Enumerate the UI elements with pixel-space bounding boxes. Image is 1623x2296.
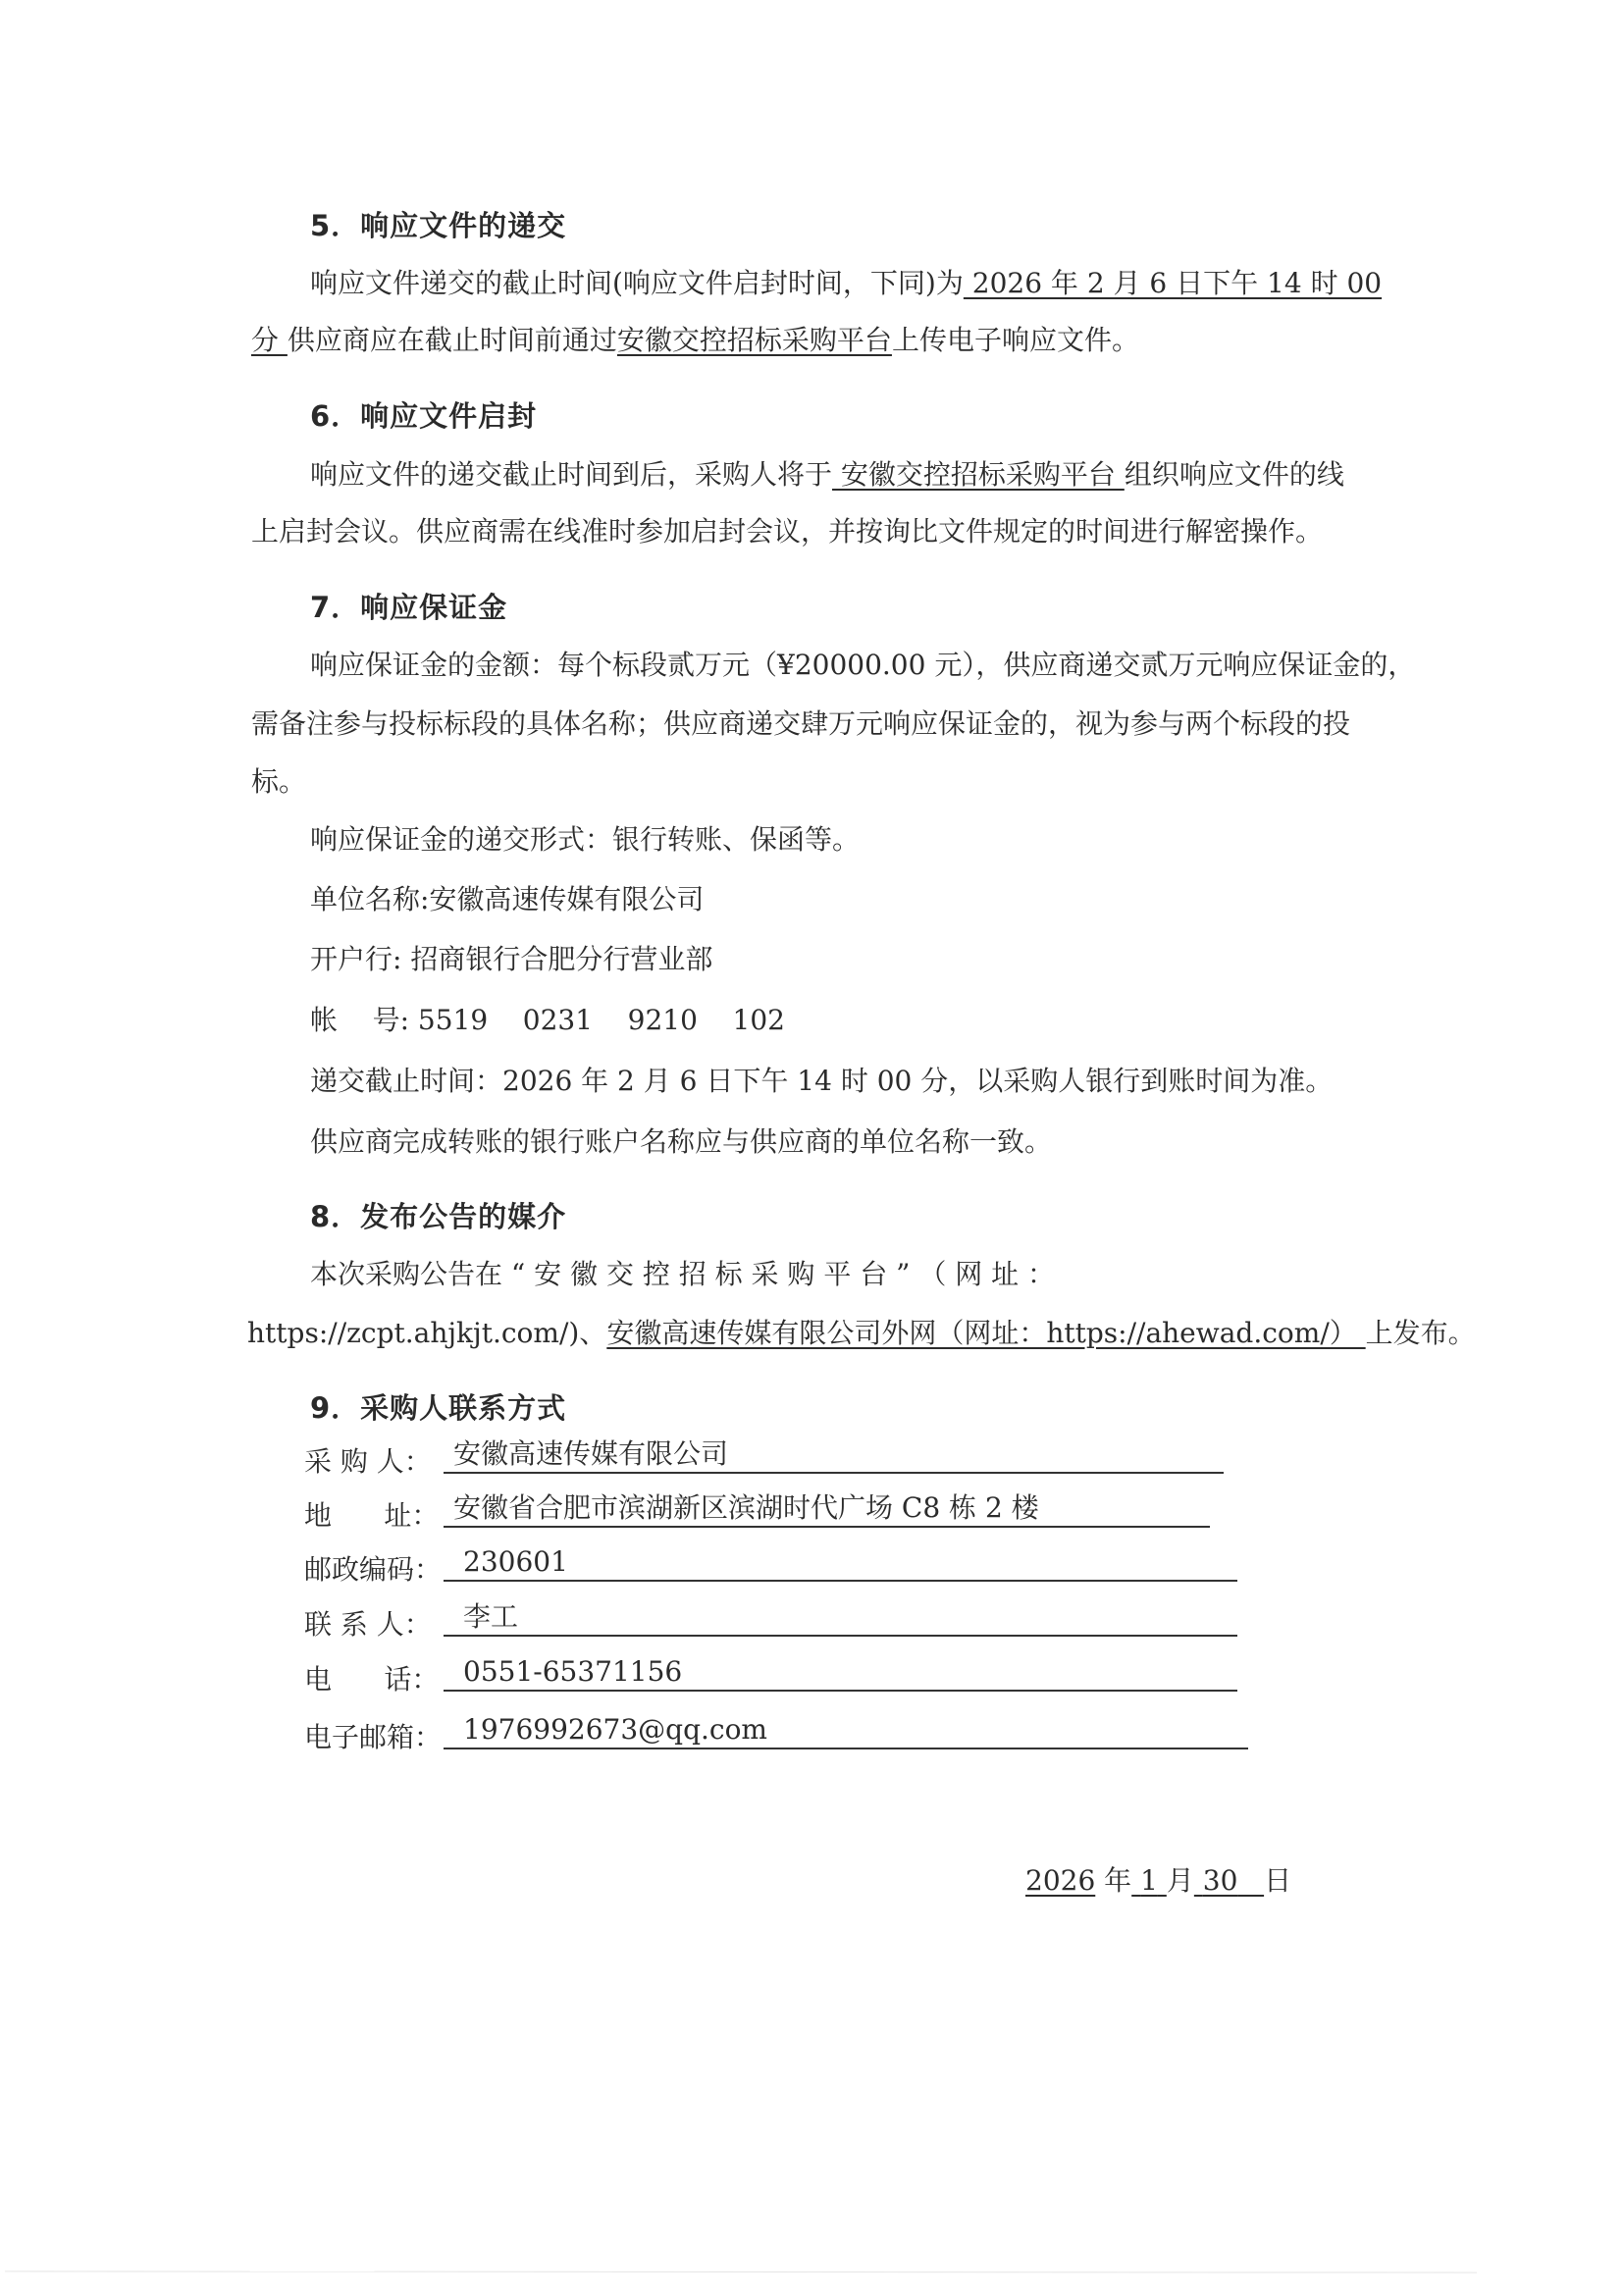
- section-6-line-1: 响应文件的递交截止时间到后，采购人将于 安徽交控招标采购平台 组织响应文件的线: [310, 461, 1344, 489]
- document-page: 5．响应文件的递交 响应文件递交的截止时间(响应文件启封时间，下同)为 2026…: [0, 0, 1623, 2296]
- contact-phone-row: 电 话：: [304, 1658, 430, 1697]
- section-8-heading: 8．发布公告的媒介: [310, 1195, 566, 1235]
- contact-purchaser-row: 采 购 人：: [304, 1440, 430, 1480]
- contact-address-value: 安徽省合肥市滨湖新区滨湖时代广场 C8 栋 2 楼: [444, 1492, 1210, 1528]
- platform-name: 安徽交控招标采购平台: [617, 324, 892, 356]
- account-number: 帐 号: 5519 0231 9210 102: [310, 1007, 785, 1034]
- contact-person-value: 李工: [444, 1601, 1237, 1637]
- account-name: 单位名称:安徽高速传媒有限公司: [310, 886, 704, 913]
- contact-email-row: 电子邮箱：: [304, 1716, 430, 1755]
- contact-address-row: 地 址：: [304, 1494, 430, 1534]
- contact-postcode-value: 230601: [444, 1546, 1237, 1582]
- contact-postcode-row: 邮政编码：: [304, 1548, 430, 1588]
- section-5-line-2: 分 供应商应在截止时间前通过安徽交控招标采购平台上传电子响应文件。: [251, 327, 1139, 354]
- section-7-line-2: 需备注参与投标标段的具体名称；供应商递交肆万元响应保证金的，视为参与两个标段的投: [251, 710, 1350, 738]
- deposit-deadline: 递交截止时间：2026 年 2 月 6 日下午 14 时 00 分，以采购人银行…: [310, 1068, 1333, 1095]
- section-7-line-1: 响应保证金的金额：每个标段贰万元（¥20000.00 元），供应商递交贰万元响应…: [310, 652, 1415, 679]
- company-website-link[interactable]: 安徽高速传媒有限公司外网（网址：https://ahewad.com/）: [606, 1317, 1365, 1349]
- section-9-heading: 9．采购人联系方式: [310, 1386, 566, 1427]
- section-8-line-1: 本次采购公告在 “ 安 徽 交 控 招 标 采 购 平 台 ” （ 网 址 ：: [310, 1261, 1055, 1288]
- contact-purchaser-value: 安徽高速传媒有限公司: [444, 1438, 1224, 1474]
- section-5-heading: 5．响应文件的递交: [310, 204, 566, 244]
- contact-phone-value: 0551-65371156: [444, 1656, 1237, 1692]
- document-date: 2026 年 1 月 30 日: [1025, 1867, 1291, 1895]
- platform-url-link[interactable]: https://zcpt.ahjkjt.com/)、: [247, 1317, 606, 1349]
- section-8-line-2: https://zcpt.ahjkjt.com/)、安徽高速传媒有限公司外网（网…: [247, 1320, 1476, 1347]
- contact-email-value[interactable]: 1976992673@qq.com: [444, 1714, 1248, 1749]
- contact-person-row: 联 系 人：: [304, 1603, 430, 1643]
- scan-edge-line: [5, 2270, 1477, 2272]
- section-5-line-1: 响应文件递交的截止时间(响应文件启封时间，下同)为 2026 年 2 月 6 日…: [310, 270, 1382, 297]
- deposit-method: 响应保证金的递交形式：银行转账、保函等。: [310, 826, 860, 854]
- section-6-heading: 6．响应文件启封: [310, 394, 537, 435]
- section-6-line-2: 上启封会议。供应商需在线准时参加启封会议，并按询比文件规定的时间进行解密操作。: [251, 518, 1323, 546]
- section-7-heading: 7．响应保证金: [310, 586, 507, 626]
- section-7-line-3: 标。: [251, 768, 306, 796]
- bank-name: 开户行: 招商银行合肥分行营业部: [310, 946, 712, 973]
- account-consistency-note: 供应商完成转账的银行账户名称应与供应商的单位名称一致。: [310, 1128, 1052, 1156]
